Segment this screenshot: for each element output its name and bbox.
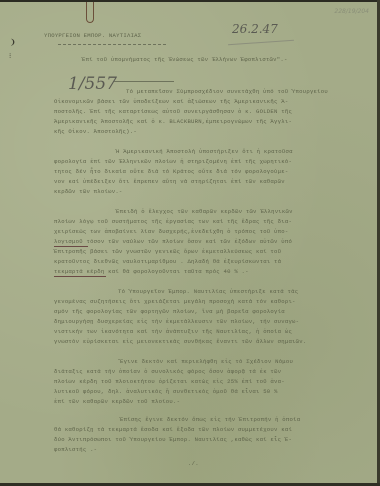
archive-reference: 228/19/204 <box>334 8 369 15</box>
text-line: κρατοῦντος διεθνῶς ναυλοτιμαρίθμου . Δηλ… <box>54 258 281 265</box>
text-line: γενομένας συζητήσεις ὅτι χρειάζεται μεγά… <box>54 298 296 305</box>
text-line: πλοίων λόγῳ τοῦ συστήματος τῆς ἐργασίας … <box>54 218 292 225</box>
text-line: ποστολῆς. Ἐπί τῆς καταρτίσεως αὐτοῦ συνε… <box>54 108 292 115</box>
pencil-stroke <box>228 40 294 46</box>
closing-mark: ./. <box>188 460 199 467</box>
text-line: Ἐπειδή ὁ ἔλεγχος τῶν καθαρῶν κερδῶν τῶν … <box>116 208 293 215</box>
text-line: ἐπί τῶν καθαρῶν κερδῶν τοῦ πλοίου.- <box>54 398 180 405</box>
text-line: θά καθορίζῃ τά τεκμαρτά ἔσοδα καί ἔξοδα … <box>54 426 292 433</box>
text-line: νον καί ὑπέδειξεν ὅτι ἔπρεπεν αὕτη νά στ… <box>54 178 285 185</box>
text-line: Τό μεταπεῖσον Σύμπροσχέδιον συνετάχθη ὑπ… <box>126 88 328 95</box>
text-line: πλοίων κέρδη τοῦ πλοιοκτήτου ὁρίζεται κα… <box>54 378 285 385</box>
header-underline <box>58 44 166 45</box>
punch-hole-mark: ⁝ <box>9 52 11 61</box>
text-line: τεκμαρτά κέρδη καί θά φορολογοῦνται ταῦτ… <box>54 268 249 275</box>
text-line: κῆς Οἰκον. Ἀποστολῆς).- <box>54 128 137 135</box>
handwritten-date: 26.2.47 <box>232 22 278 36</box>
text-line: φορολογία ἐπί τῶν Ἑλληνικῶν πλοίων ἡ στη… <box>54 158 292 165</box>
text-line: διάταξις κατά τήν ὁποίαν ὁ συνολικός φόρ… <box>54 368 281 375</box>
handwritten-protocol-number: 1/557 <box>68 74 117 94</box>
text-line: γνωστόν εὑρίσκεται εἰς μειονεκτικάς συνθ… <box>54 338 306 345</box>
text-line: Ἔγινε δεκτόν καί περιελήφθη εἰς τό Σχέδι… <box>120 358 293 365</box>
text-line: Ἀμερικανικῆς Ἀποστολῆς καί ὁ κ. BLACKBUR… <box>54 118 292 125</box>
underline-mark <box>54 276 106 277</box>
paper-clip-mark <box>86 2 94 23</box>
text-line: δημιουργήσῃ δυσχερείας εἰς τήν ἐκμετάλλε… <box>54 318 299 325</box>
text-line: κερδῶν τῶν πλοίων.- <box>54 188 123 195</box>
underline-mark <box>54 246 88 247</box>
text-line: δύο Ἀντιπρόσωποι τοῦ Ὑπουργείου Ἐμπορ. Ν… <box>54 436 292 443</box>
text-line: λυτικοῦ φόρου, δηλ. ἀναλυτικός ἤ συνθετι… <box>54 388 278 395</box>
ministry-header: ΥΠΟΥΡΓΕΙΟΝ ΕΜΠΟΡ. ΝΑΥΤΙΛΙΑΣ <box>44 32 141 39</box>
text-line: Τό Ὑπουργεῖον Ἐμπορ. Ναυτιλίας ὑπεστήριξ… <box>118 288 298 295</box>
text-line: Ἐπίσης ἔγινε δεκτόν ὅπως εἰς τήν Ἐπιτροπ… <box>120 416 300 423</box>
text-line: σμόν τῆς φορολογίας τῶν φορτηγῶν πλοίων,… <box>54 308 285 315</box>
text-line: τητος δέν ἦτο δικαία οὔτε διά τό Κράτος … <box>54 168 288 175</box>
text-line: Οἰκονομικῶν βάσει τῶν ὑποδείξεων καί ἀξι… <box>54 98 288 105</box>
text-line: Ἐπιτροπῆς βάσει τῶν γνωστῶν γενικῶς ὅρων… <box>54 248 281 255</box>
text-line: νιστικήν των ἱκανότητα καί τήν ἀνάπτυξιν… <box>54 328 292 335</box>
subject-line: Ἐπί τοῦ ὑπομνήματος τῆς Ἑνώσεως τῶν Ἑλλή… <box>82 56 288 63</box>
text-line: Ἡ Ἀμερικανική Ἀποστολή ὑποστήριξεν ὅτι ἡ… <box>116 148 293 155</box>
text-line: χειρίσεώς των ἀποβαίνει λίαν δυσχερής,ἐν… <box>54 228 288 235</box>
text-line: λογισμοῦ τόσον τῶν ναύλων τῶν πλοίων ὅσο… <box>54 238 292 245</box>
punch-hole-mark: ❩ <box>10 38 15 48</box>
text-line: φοπλιστής .- <box>54 446 97 453</box>
protocol-underline <box>114 81 174 82</box>
document-page: ❩ ⁝ 228/19/204 26.2.47 ΥΠΟΥΡΓΕΙΟΝ ΕΜΠΟΡ.… <box>0 2 377 483</box>
